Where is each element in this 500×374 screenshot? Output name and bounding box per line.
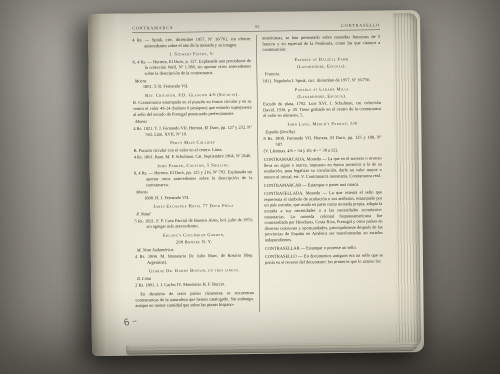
countermark-heading: J. Stewart Fintry, 5/ (133, 51, 250, 58)
catalog-entry: 1811. Napoleón I. Spink, circ. diciembre… (263, 77, 381, 84)
countermark-heading: John Lang, Merch't Paisley, 5/8 (264, 121, 380, 128)
countermark-heading: Jones Exchange Hotel 77 Dock Phila (135, 203, 252, 210)
reference-line: 1801. T. R. Fernando VII. (143, 83, 252, 90)
countermark-heading: Ref. Crichton, P.D. Glasgow 4/6 (Escocia… (134, 92, 251, 99)
running-head-left: Contramarca (132, 25, 173, 31)
dictionary-entry: CONTRAMARCADA, Moneda — La que en el anv… (264, 155, 382, 180)
catalog-entry: 4 Rs. 1821. T. J. Fernando VII. Herrera,… (133, 124, 252, 137)
countermark-heading: John Parker, Calston, 5 Shilling (135, 162, 252, 169)
description-paragraph: Escudo de plata, 1792. Luis XVI. J. Schu… (263, 100, 381, 119)
countermark-heading-sub: 298 Bowery N. Y. (135, 239, 254, 246)
countermark-heading: Erlang's Columbian Garden, (136, 231, 253, 238)
open-book: Contramarca 93 Contrasello 4 Rs. — Spink… (88, 10, 424, 356)
page-edges-right (393, 13, 421, 347)
catalog-entry: 8, 4 Rs. — Herrera, El Duro, pp. 125 y 2… (134, 169, 253, 188)
dictionary-entry: CONTRASELLO — En documentos antiguos era… (265, 253, 383, 266)
countermark-heading: Payable at Dalzell Farm (263, 56, 379, 63)
catalog-entry: 5 Rs. 1821. F. P. Casa Parcial de Buenos… (134, 217, 253, 230)
continued-paragraph: americanas, se han presentado sobre mone… (262, 34, 380, 53)
dictionary-entry: CONTRAMARCAR — Estampar o poner una marc… (264, 181, 382, 188)
countermark-heading-sub: (Lanarkshire, Escocia). (263, 93, 381, 99)
countermark-heading: Percy Main Colliery (134, 139, 251, 146)
catalog-entry: 8 Rs. 1808. Fernando VII. Herrera, El Du… (263, 135, 381, 148)
countermark-heading-sub: (Lanarkshire, Escocia). (263, 63, 381, 69)
catalog-entry: 2 Rs. 1801. J. J. Carlos IV. Monetario H… (135, 281, 254, 288)
catalog-entry: 4 Rs. — Spink, circ. diciembre 1957, Nº … (132, 36, 251, 49)
left-column: 4 Rs. — Spink, circ. diciembre 1957, Nº … (132, 35, 259, 313)
plates-note: (V. Láminas, 4/6 = 34 y 26; 4/- = 30 a 3… (264, 147, 382, 154)
description-paragraph: B. Contramarca estampada en el punzón en… (133, 99, 252, 118)
dictionary-entry: CONTRASELLAR — Estampar o ponerse un sel… (265, 244, 383, 251)
book-photo: Contramarca 93 Contrasello 4 Rs. — Spink… (0, 0, 500, 374)
closing-paragraph: En demérito de otros países raramente se… (135, 290, 254, 309)
book-gutter (88, 14, 132, 356)
running-head-right: Contrasello (341, 22, 380, 28)
page-content: Contramarca 93 Contrasello 4 Rs. — Spink… (132, 22, 384, 341)
catalog-entry: 4 Rs. 1804. M. Monetario Dr. Julio Marc,… (135, 253, 254, 266)
countermark-heading: Payable at Lanark Mills (264, 86, 380, 93)
page-edges-bottom (126, 342, 418, 355)
page-number: 93 (255, 24, 259, 30)
two-column-text: 4 Rs. — Spink, circ. diciembre 1957, Nº … (132, 34, 383, 314)
right-column: americanas, se han presentado sobre mone… (256, 34, 383, 312)
countermark-heading: George Dr. Darby Boston, en tres líneas. (136, 267, 253, 274)
catalog-entry: 4 Rs. 1801. Ram. M. P. Schulman, Cat. Se… (134, 153, 253, 160)
dictionary-entry: CONTRASELLADA, Moneda — La que ostenta e… (264, 190, 383, 244)
reference-line: 1808. H. J. Fernando VII. (144, 194, 253, 201)
catalog-entry: 8, 4 Rs. — Herrera, El Duro, p. 127. Exp… (132, 58, 251, 77)
